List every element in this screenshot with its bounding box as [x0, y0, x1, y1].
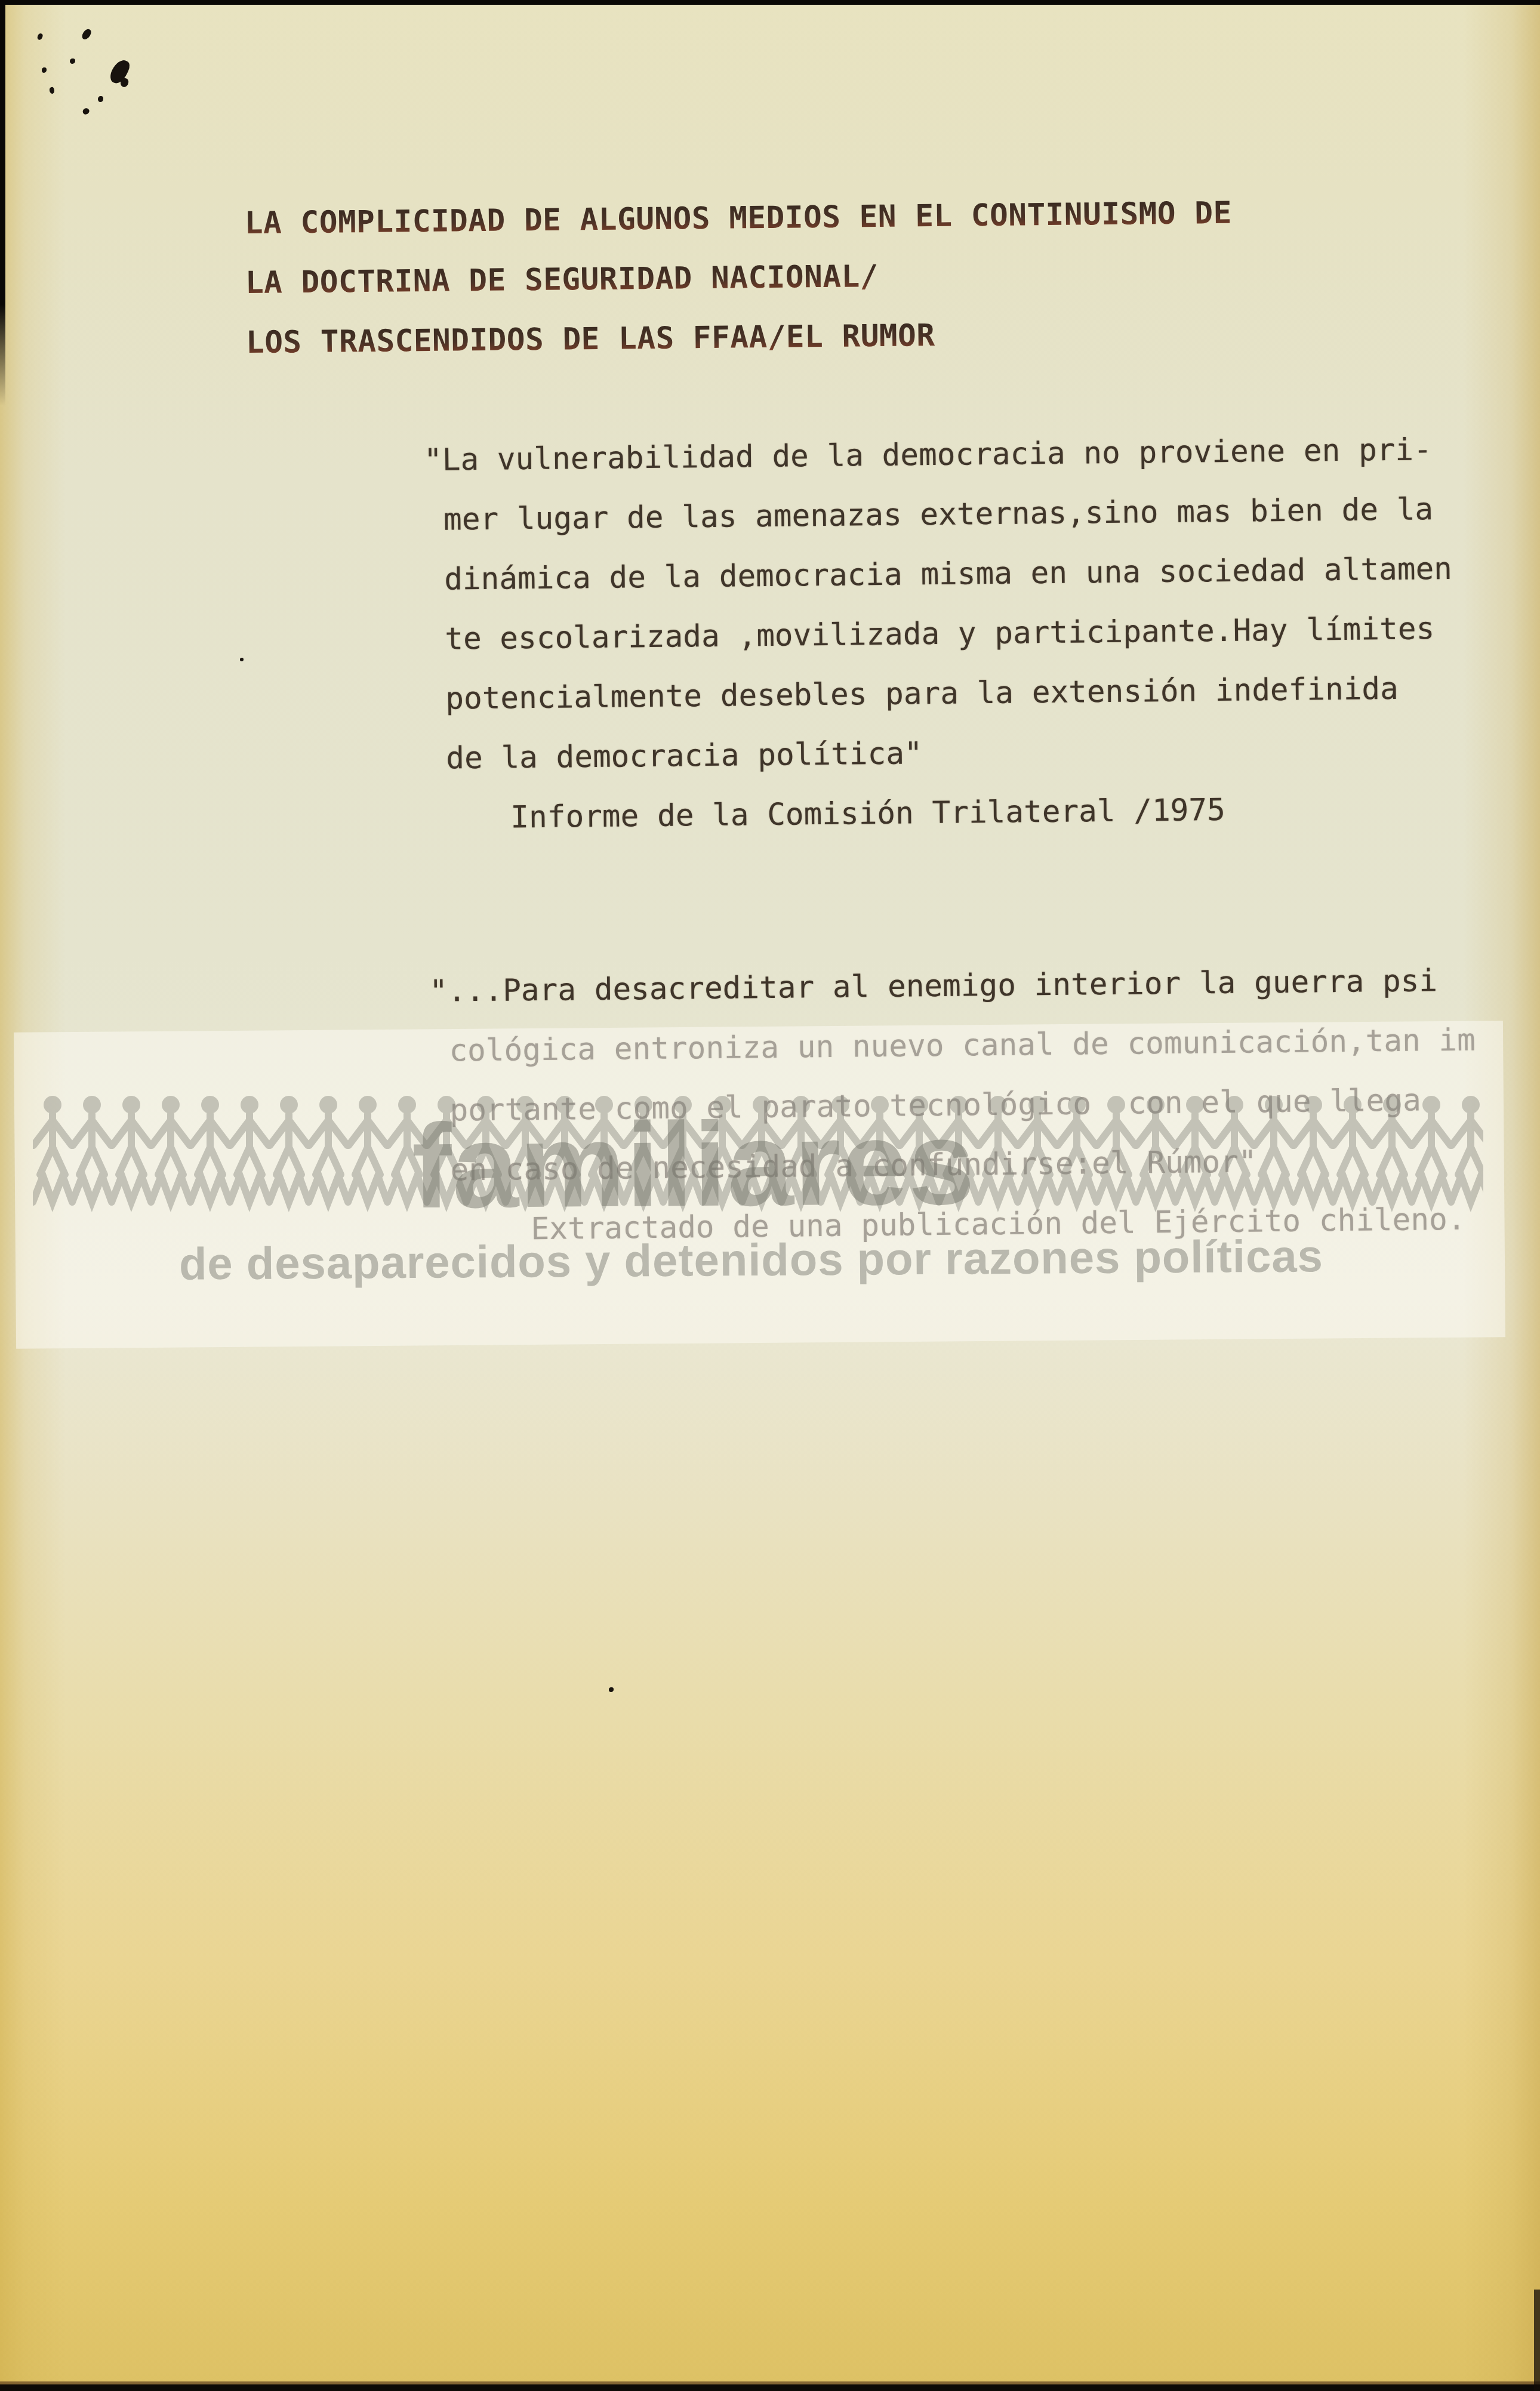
title-line: LOS TRASCENDIDOS DE LAS FFAA/EL RUMOR	[246, 303, 1234, 373]
quote-line: mer lugar de las amenazas externas,sino …	[443, 480, 1452, 550]
quote-attribution: Informe de la Comisión Trilateral /1975	[510, 781, 1225, 848]
watermark-subtitle: de desaparecidos y detenidos por razones…	[179, 1233, 1323, 1288]
watermark-word: familiares	[411, 1104, 975, 1227]
quote-line: te escolarizada ,movilizada y participan…	[445, 599, 1453, 670]
scanned-document-page: LA COMPLICIDAD DE ALGUNOS MEDIOS EN EL C…	[0, 0, 1540, 2391]
quote-line: "...Para desacreditar al enemigo interio…	[429, 951, 1475, 1022]
scan-edge-left	[0, 0, 5, 406]
document-title: LA COMPLICIDAD DE ALGUNOS MEDIOS EN EL C…	[244, 184, 1233, 373]
scan-edge-top	[0, 0, 1540, 5]
scan-edge-right	[1534, 2290, 1540, 2391]
quote-line: dinámica de la democracia misma en una s…	[444, 540, 1453, 610]
quote-trilateral: "La vulnerabilidad de la democracia no p…	[443, 420, 1455, 789]
title-line: LA COMPLICIDAD DE ALGUNOS MEDIOS EN EL C…	[244, 184, 1232, 254]
title-line: LA DOCTRINA DE SEGURIDAD NACIONAL/	[245, 244, 1233, 313]
quote-line: "La vulnerabilidad de la democracia no p…	[424, 420, 1452, 491]
quote-line: potencialmente desebles para la extensió…	[445, 659, 1454, 729]
quote-line: de la democracia política"	[446, 719, 1455, 789]
scan-edge-bottom	[0, 2384, 1540, 2391]
